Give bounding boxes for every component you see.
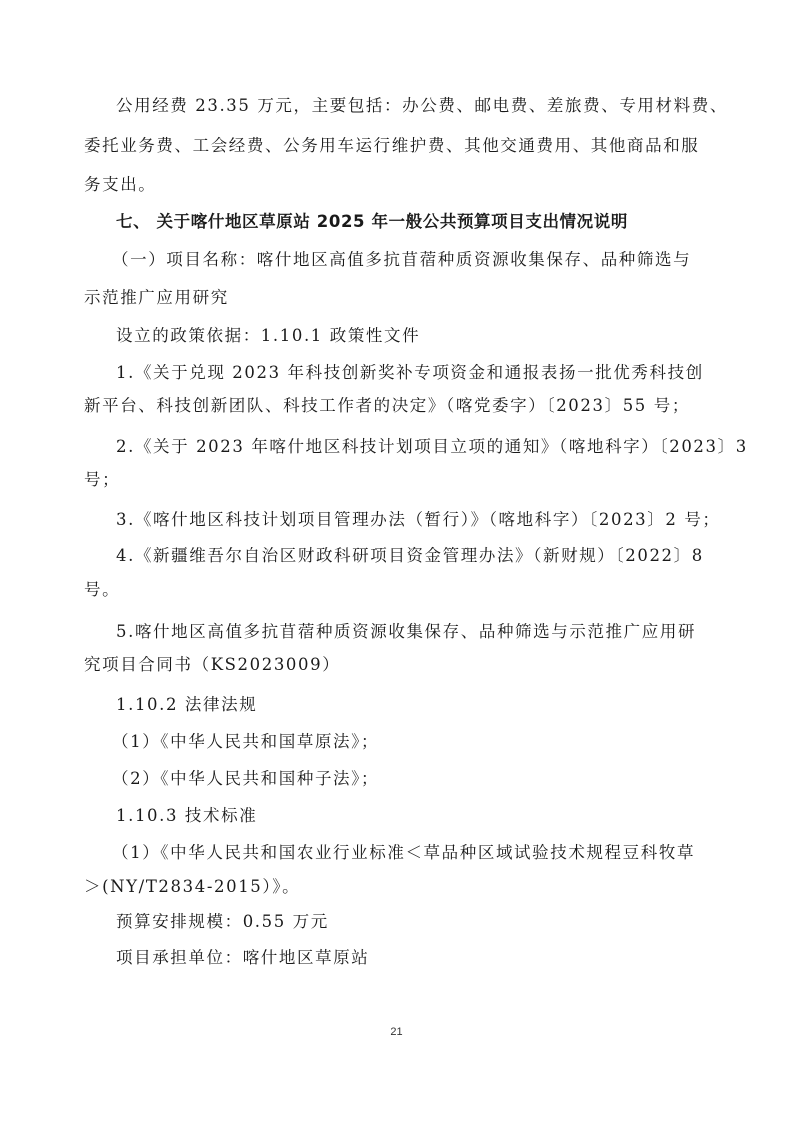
- policy-doc-3: 3.《喀什地区科技计划项目管理办法（暂行）》（喀地科字）〔2023〕2 号；: [116, 510, 756, 530]
- public-funds-line-2: 委托业务费、工会经费、公务用车运行维护费、其他交通费用、其他商品和服: [84, 136, 724, 156]
- undertaking-unit: 项目承担单位：喀什地区草原站: [116, 948, 756, 968]
- standards-heading: 1.10.3 技术标准: [116, 806, 756, 826]
- policy-basis-label: 设立的政策依据：1.10.1 政策性文件: [116, 326, 756, 346]
- policy-doc-5-line-1: 5.喀什地区高值多抗苜蓿种质资源收集保存、品种筛选与示范推广应用研: [116, 622, 756, 642]
- policy-doc-2-line-1: 2.《关于 2023 年喀什地区科技计划项目立项的通知》（喀地科字）〔2023〕…: [116, 437, 756, 457]
- public-funds-line-1: 公用经费 23.35 万元，主要包括：办公费、邮电费、差旅费、专用材料费、: [116, 96, 756, 116]
- project-name-line-1: （一）项目名称：喀什地区高值多抗苜蓿种质资源收集保存、品种筛选与: [112, 250, 752, 270]
- laws-heading: 1.10.2 法律法规: [116, 695, 756, 715]
- policy-doc-1-line-1: 1.《关于兑现 2023 年科技创新奖补专项资金和通报表扬一批优秀科技创: [116, 363, 756, 383]
- policy-doc-4-line-2: 号。: [84, 580, 724, 600]
- standard-item-1-line-1: （1）《中华人民共和国农业行业标准＜草品种区域试验技术规程豆科牧草: [112, 843, 752, 863]
- policy-doc-4-line-1: 4.《新疆维吾尔自治区财政科研项目资金管理办法》（新财规）〔2022〕8: [116, 546, 756, 566]
- policy-doc-1-line-2: 新平台、科技创新团队、科技工作者的决定》（喀党委字）〔2023〕55 号；: [84, 396, 724, 416]
- page-number: 21: [0, 1026, 793, 1038]
- law-item-1: （1）《中华人民共和国草原法》；: [112, 732, 752, 752]
- law-item-2: （2）《中华人民共和国种子法》；: [112, 769, 752, 789]
- standard-item-1-line-2: ＞(NY/T2834-2015）》。: [84, 877, 724, 897]
- project-name-line-2: 示范推广应用研究: [84, 288, 724, 308]
- policy-doc-2-line-2: 号；: [84, 470, 724, 490]
- public-funds-line-3: 务支出。: [84, 175, 724, 195]
- policy-doc-5-line-2: 究项目合同书（KS2023009）: [84, 655, 724, 675]
- section-heading: 七、 关于喀什地区草原站 2025 年一般公共预算项目支出情况说明: [116, 212, 756, 232]
- budget-scale: 预算安排规模：0.55 万元: [116, 912, 756, 932]
